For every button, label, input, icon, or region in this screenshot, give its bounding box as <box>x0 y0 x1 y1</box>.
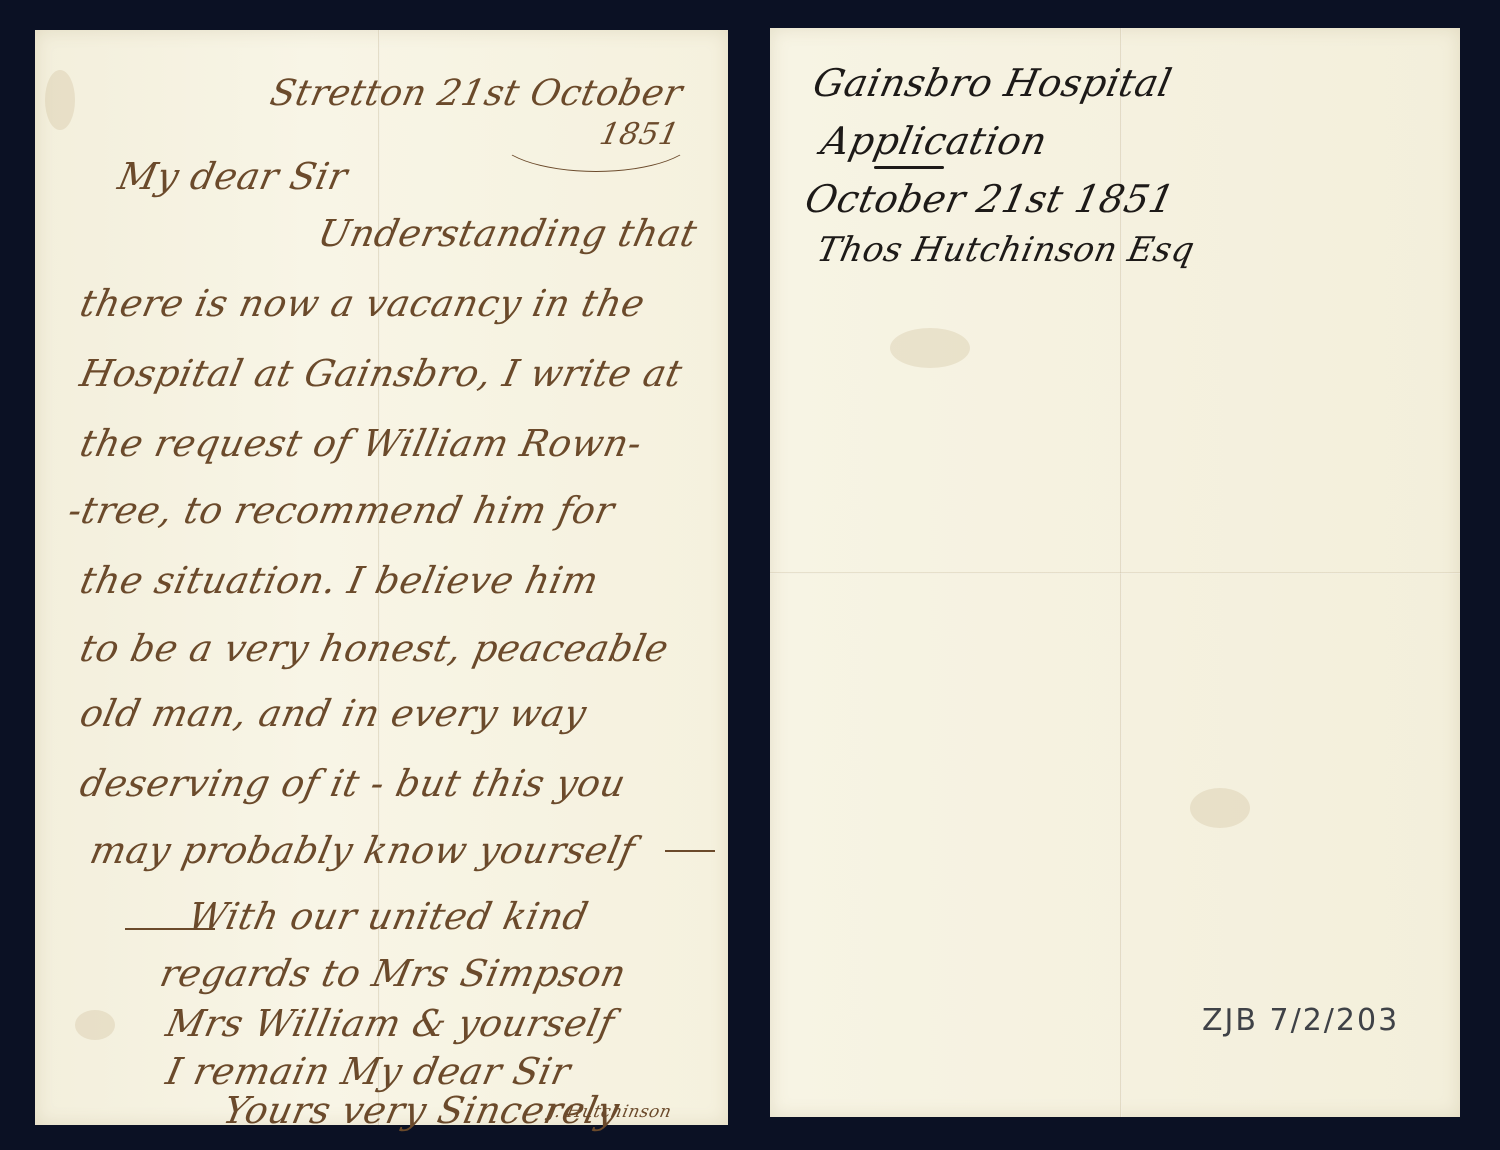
letter-closing-line: I remain My dear Sir <box>163 1053 574 1090</box>
date-flourish <box>495 98 697 172</box>
docket-underline <box>874 166 944 169</box>
line-end-dash <box>665 850 715 852</box>
paper-stain <box>45 70 75 130</box>
letter-body-line: Understanding that <box>315 215 700 252</box>
docket-line: Gainsbro Hospital <box>810 64 1175 102</box>
letter-page-recto: Stretton 21st October 1851 My dear Sir U… <box>35 30 728 1125</box>
paper-stain <box>1190 788 1250 828</box>
letter-body-line: old man, and in every way <box>77 695 590 732</box>
docket-line: Thos Hutchinson Esq <box>814 233 1198 267</box>
letter-closing-line: regards to Mrs Simpson <box>157 955 630 992</box>
letter-body-line: Hospital at Gainsbro, I write at <box>77 355 686 392</box>
paper-stain <box>890 328 970 368</box>
letter-body-line: the situation. I believe him <box>77 562 602 599</box>
letter-closing-line: Mrs William & yourself <box>163 1005 618 1042</box>
letter-signature: J. Hutchinson <box>547 1102 673 1122</box>
letter-body-line: the request of William Rown- <box>77 425 645 462</box>
docket-line: Application <box>818 122 1051 160</box>
letter-salutation: My dear Sir <box>115 158 351 195</box>
letter-body-line: deserving of it - but this you <box>77 765 629 802</box>
letter-body-line: may probably know yourself <box>87 832 638 869</box>
paper-stain <box>75 1010 115 1040</box>
letter-page-verso: Gainsbro Hospital Application October 21… <box>770 28 1460 1117</box>
docket-line: October 21st 1851 <box>802 180 1178 218</box>
archive-reference: ZJB 7/2/203 <box>1202 1003 1399 1038</box>
letter-body-line: there is now a vacancy in the <box>77 285 648 322</box>
letter-closing-line: With our united kind <box>185 898 592 935</box>
letter-body-line: to be a very honest, peaceable <box>77 630 672 667</box>
letter-body-line: -tree, to recommend him for <box>65 492 618 529</box>
fold-line-horizontal <box>770 572 1460 574</box>
